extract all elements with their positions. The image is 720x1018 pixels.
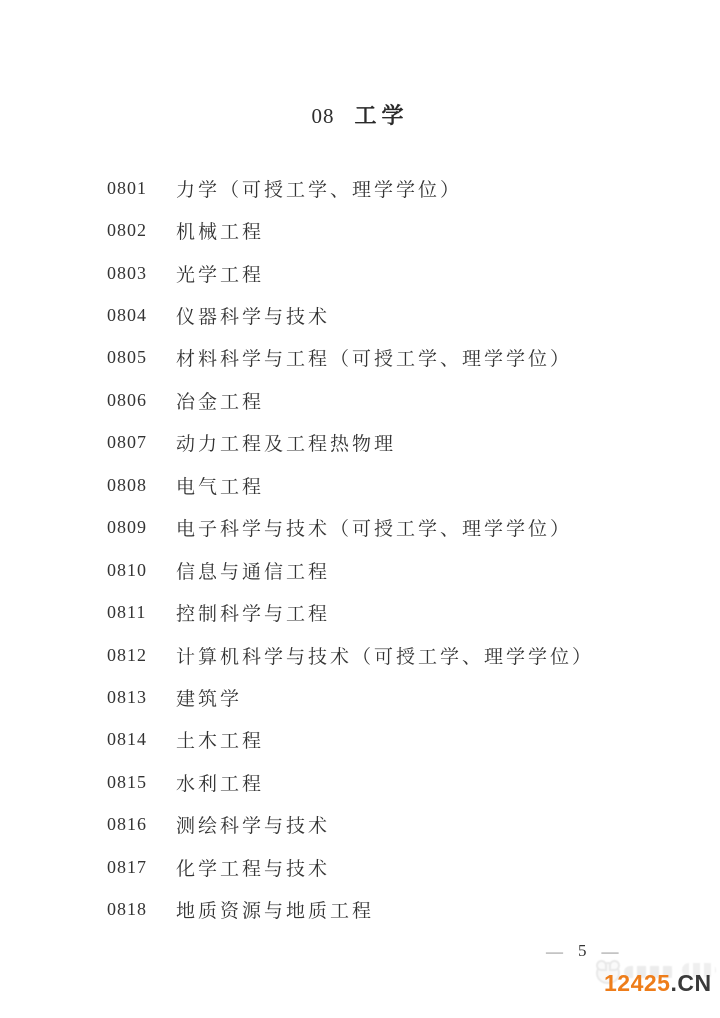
discipline-code: 0817 xyxy=(107,857,176,878)
discipline-row: 0806 冶金工程 xyxy=(107,379,690,421)
discipline-name: 测绘科学与技术 xyxy=(176,811,330,838)
discipline-code: 0811 xyxy=(107,602,176,623)
discipline-code: 0801 xyxy=(107,178,176,199)
section-code: 08 xyxy=(311,104,334,128)
discipline-name: 电子科学与技术（可授工学、理学学位） xyxy=(176,514,572,541)
discipline-name: 化学工程与技术 xyxy=(176,854,330,881)
discipline-name: 机械工程 xyxy=(176,217,264,244)
discipline-name: 力学（可授工学、理学学位） xyxy=(176,175,462,202)
discipline-row: 0802 机械工程 xyxy=(107,209,690,251)
watermark: 12425.CN xyxy=(594,958,720,1004)
discipline-code: 0815 xyxy=(107,772,176,793)
page-number-dash-left: — xyxy=(546,943,563,960)
discipline-row: 0816 测绘科学与技术 xyxy=(107,804,690,846)
discipline-row: 0818 地质资源与地质工程 xyxy=(107,888,690,930)
discipline-name: 计算机科学与技术（可授工学、理学学位） xyxy=(176,642,594,669)
watermark-brand-number: 12425 xyxy=(604,970,670,996)
discipline-name: 土木工程 xyxy=(176,726,264,753)
discipline-row: 0803 光学工程 xyxy=(107,252,690,294)
discipline-code: 0814 xyxy=(107,729,176,750)
discipline-name: 动力工程及工程热物理 xyxy=(176,429,396,456)
discipline-code: 0818 xyxy=(107,899,176,920)
section-name: 工学 xyxy=(354,103,408,128)
discipline-row: 0814 土木工程 xyxy=(107,719,690,761)
discipline-code: 0816 xyxy=(107,814,176,835)
discipline-row: 0809 电子科学与技术（可授工学、理学学位） xyxy=(107,507,690,549)
discipline-name: 控制科学与工程 xyxy=(176,599,330,626)
discipline-row: 0815 水利工程 xyxy=(107,761,690,803)
discipline-list: 0801 力学（可授工学、理学学位） 0802 机械工程 0803 光学工程 0… xyxy=(107,167,690,931)
discipline-name: 仪器科学与技术 xyxy=(176,302,330,329)
discipline-code: 0804 xyxy=(107,305,176,326)
discipline-name: 光学工程 xyxy=(176,260,264,287)
page-number-dash-right: — xyxy=(602,943,619,960)
discipline-row: 0810 信息与通信工程 xyxy=(107,549,690,591)
discipline-code: 0810 xyxy=(107,560,176,581)
discipline-code: 0802 xyxy=(107,220,176,241)
discipline-row: 0807 动力工程及工程热物理 xyxy=(107,422,690,464)
discipline-code: 0812 xyxy=(107,645,176,666)
discipline-row: 0813 建筑学 xyxy=(107,676,690,718)
watermark-brand-tld: .CN xyxy=(670,970,711,996)
watermark-brand: 12425.CN xyxy=(604,970,712,997)
discipline-row: 0812 计算机科学与技术（可授工学、理学学位） xyxy=(107,634,690,676)
document-page: 08工学 0801 力学（可授工学、理学学位） 0802 机械工程 0803 光… xyxy=(0,0,720,1018)
discipline-name: 材料科学与工程（可授工学、理学学位） xyxy=(176,344,572,371)
discipline-code: 0808 xyxy=(107,475,176,496)
discipline-name: 地质资源与地质工程 xyxy=(176,896,374,923)
discipline-code: 0803 xyxy=(107,263,176,284)
discipline-code: 0809 xyxy=(107,517,176,538)
discipline-code: 0805 xyxy=(107,347,176,368)
discipline-row: 0811 控制科学与工程 xyxy=(107,591,690,633)
discipline-row: 0801 力学（可授工学、理学学位） xyxy=(107,167,690,209)
discipline-name: 电气工程 xyxy=(176,472,264,499)
discipline-row: 0808 电气工程 xyxy=(107,464,690,506)
page-number-value: 5 xyxy=(578,941,587,961)
discipline-row: 0804 仪器科学与技术 xyxy=(107,294,690,336)
discipline-name: 信息与通信工程 xyxy=(176,557,330,584)
discipline-name: 冶金工程 xyxy=(176,387,264,414)
discipline-name: 建筑学 xyxy=(176,684,242,711)
discipline-code: 0806 xyxy=(107,390,176,411)
section-title: 08工学 xyxy=(0,99,720,130)
discipline-code: 0807 xyxy=(107,432,176,453)
discipline-row: 0805 材料科学与工程（可授工学、理学学位） xyxy=(107,337,690,379)
discipline-row: 0817 化学工程与技术 xyxy=(107,846,690,888)
discipline-code: 0813 xyxy=(107,687,176,708)
discipline-name: 水利工程 xyxy=(176,769,264,796)
